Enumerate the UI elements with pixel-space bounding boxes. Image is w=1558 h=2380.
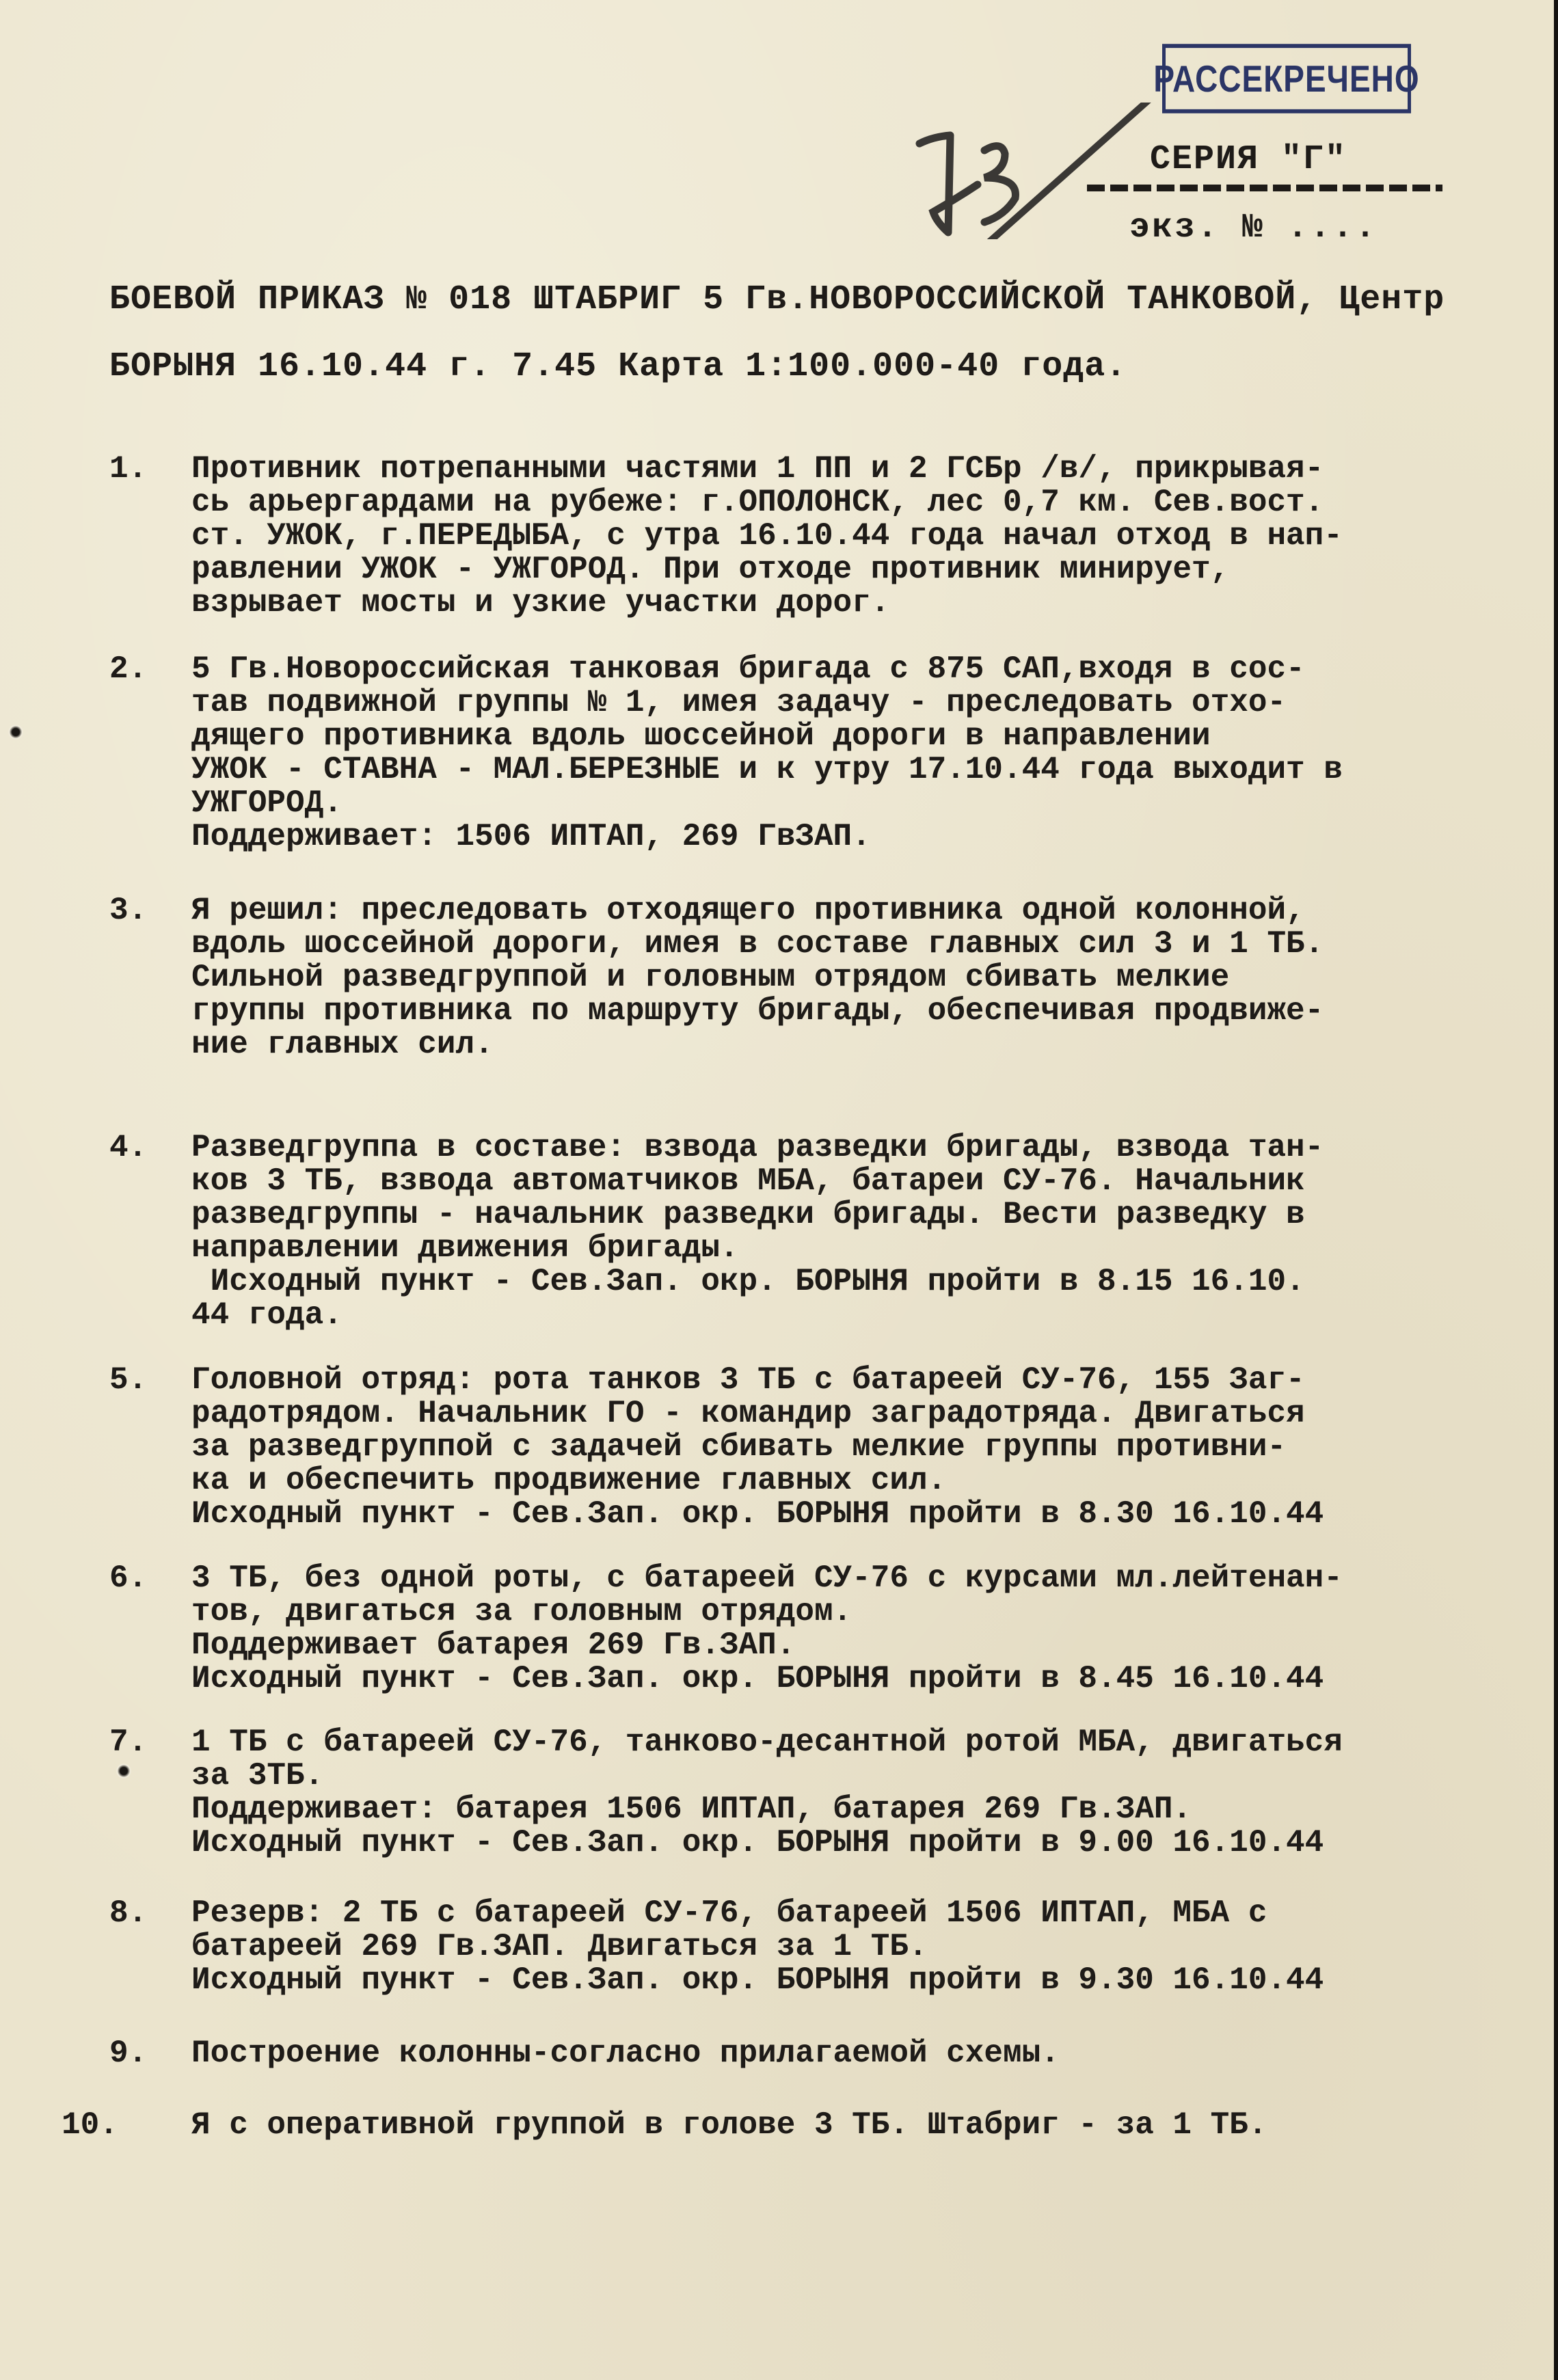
item-text: Резерв: 2 ТБ с батареей СУ-76, батареей … <box>191 1897 1545 1997</box>
series-label: СЕРИЯ "Г" <box>1150 140 1347 179</box>
item-number: 7. <box>109 1726 191 1759</box>
item-text: 5 Гв.Новороссийская танковая бригада с 8… <box>191 653 1545 854</box>
item-number: 1. <box>109 452 191 486</box>
handwritten-page-number <box>882 103 1169 239</box>
item-number: 4. <box>109 1131 191 1165</box>
item-number: 5. <box>109 1364 191 1397</box>
order-item: 3. Я решил: преследовать отходящего прот… <box>109 894 1545 1061</box>
order-subtitle: БОРЫНЯ 16.10.44 г. 7.45 Карта 1:100.000-… <box>109 347 1127 386</box>
scan-edge <box>1554 0 1558 2380</box>
order-item: 4. Разведгруппа в составе: взвода развед… <box>109 1131 1545 1332</box>
item-text: Построение колонны-согласно прилагаемой … <box>191 2037 1545 2070</box>
punch-hole <box>8 725 23 740</box>
item-text: 1 ТБ с батареей СУ-76, танково-десантной… <box>191 1726 1545 1860</box>
item-number: 3. <box>109 894 191 928</box>
order-item: 9. Построение колонны-согласно прилагаем… <box>109 2037 1545 2070</box>
item-number: 2. <box>109 653 191 686</box>
order-item: 10. Я с оперативной группой в голове 3 Т… <box>62 2109 1497 2142</box>
separator-dashes <box>1087 185 1442 191</box>
order-item: 2. 5 Гв.Новороссийская танковая бригада … <box>109 653 1545 854</box>
order-item: 8. Резерв: 2 ТБ с батареей СУ-76, батаре… <box>109 1897 1545 1997</box>
item-text: Противник потрепанными частями 1 ПП и 2 … <box>191 452 1545 620</box>
item-text: Головной отряд: рота танков 3 ТБ с батар… <box>191 1364 1545 1531</box>
order-item: 7. 1 ТБ с батареей СУ-76, танково-десант… <box>109 1726 1545 1860</box>
declassified-stamp: РАССЕКРЕЧЕНО <box>1162 44 1411 113</box>
item-text: Разведгруппа в составе: взвода разведки … <box>191 1131 1545 1332</box>
order-item: 1. Противник потрепанными частями 1 ПП и… <box>109 452 1545 620</box>
item-text: Я решил: преследовать отходящего противн… <box>191 894 1545 1061</box>
item-text: Я с оперативной группой в голове 3 ТБ. Ш… <box>191 2109 1497 2142</box>
item-text: 3 ТБ, без одной роты, с батареей СУ-76 с… <box>191 1562 1545 1696</box>
stamp-text: РАССЕКРЕЧЕНО <box>1153 57 1419 100</box>
item-number: 9. <box>109 2037 191 2070</box>
item-number: 10. <box>62 2109 191 2142</box>
order-title: БОЕВОЙ ПРИКАЗ № 018 ШТАБРИГ 5 Гв.НОВОРОС… <box>109 280 1445 319</box>
item-number: 6. <box>109 1562 191 1595</box>
copy-number: экз. № .... <box>1129 208 1378 247</box>
order-item: 5. Головной отряд: рота танков 3 ТБ с ба… <box>109 1364 1545 1531</box>
order-item: 6. 3 ТБ, без одной роты, с батареей СУ-7… <box>109 1562 1545 1696</box>
item-number: 8. <box>109 1897 191 1930</box>
